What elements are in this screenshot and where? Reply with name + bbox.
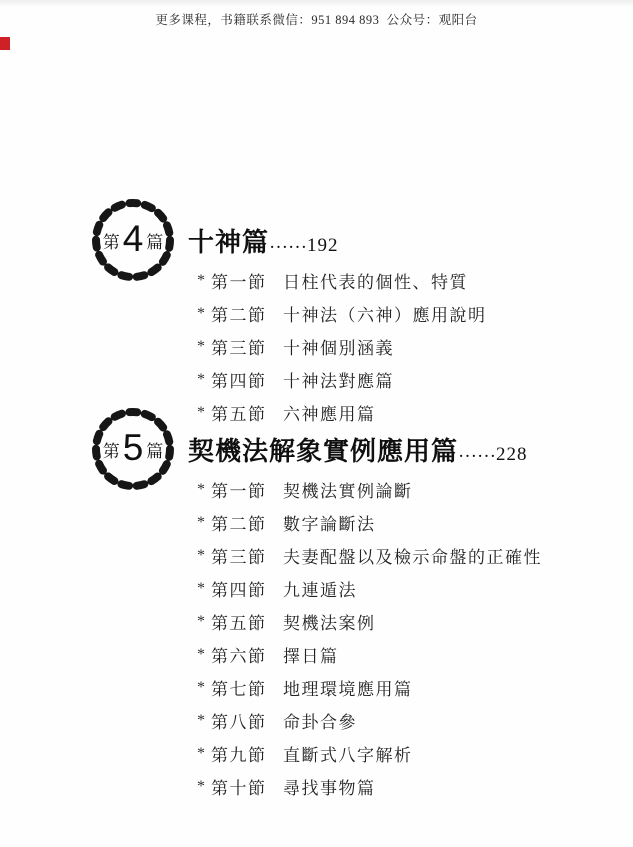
toc-row: * 第三節 夫妻配盤以及檢示命盤的正確性 xyxy=(197,539,542,572)
section-title: 十神法對應篇 xyxy=(283,367,394,392)
section-title: 契機法案例 xyxy=(283,609,376,634)
badge-number: 4 xyxy=(122,220,145,261)
toc-row: * 第九節 直斷式八字解析 xyxy=(197,737,542,770)
badge-number: 5 xyxy=(122,429,145,470)
asterisk-marker: * xyxy=(197,272,211,290)
section-title: 擇日篇 xyxy=(283,642,339,667)
part-4-title-text: 十神篇 xyxy=(188,228,269,257)
section-title: 數字論斷法 xyxy=(283,510,376,535)
section-number: 第六節 xyxy=(211,642,269,667)
section-number: 第十節 xyxy=(211,774,269,799)
toc-row: * 第四節 十神法對應篇 xyxy=(197,363,487,396)
toc-row: * 第四節 九連遁法 xyxy=(197,572,542,605)
part-5-section-list: * 第一節 契機法實例論斷 * 第二節 數字論斷法 * 第三節 夫妻配盤以及檢示… xyxy=(197,473,542,803)
leader-dots: …… xyxy=(269,232,307,253)
leader-dots: …… xyxy=(458,441,496,462)
section-number: 第二節 xyxy=(211,510,269,535)
badge-suffix: 篇 xyxy=(146,228,163,253)
section-number: 第一節 xyxy=(211,477,269,502)
asterisk-marker: * xyxy=(197,305,211,323)
section-number: 第七節 xyxy=(211,675,269,700)
asterisk-marker: * xyxy=(197,547,211,565)
section-number: 第四節 xyxy=(211,367,269,392)
badge-suffix: 篇 xyxy=(146,437,163,462)
section-title: 尋找事物篇 xyxy=(283,774,376,799)
section-title: 十神個別涵義 xyxy=(283,334,394,359)
section-number: 第四節 xyxy=(211,576,269,601)
section-number: 第二節 xyxy=(211,301,269,326)
part-4-title: 十神篇……192 xyxy=(188,222,339,259)
section-number: 第五節 xyxy=(211,609,269,634)
asterisk-marker: * xyxy=(197,745,211,763)
part-5-badge: 第 5 篇 xyxy=(90,406,176,492)
asterisk-marker: * xyxy=(197,371,211,389)
asterisk-marker: * xyxy=(197,778,211,796)
badge-prefix: 第 xyxy=(103,437,120,462)
part-4-section-list: * 第一節 日柱代表的個性、特質 * 第二節 十神法（六神）應用說明 * 第三節… xyxy=(197,264,487,429)
part-4-badge-label: 第 4 篇 xyxy=(90,197,176,283)
toc-row: * 第一節 日柱代表的個性、特質 xyxy=(197,264,487,297)
toc-row: * 第八節 命卦合參 xyxy=(197,704,542,737)
toc-row: * 第六節 擇日篇 xyxy=(197,638,542,671)
section-title: 命卦合參 xyxy=(283,708,357,733)
red-mark xyxy=(0,37,10,50)
part-4-badge: 第 4 篇 xyxy=(90,197,176,283)
section-title: 契機法實例論斷 xyxy=(283,477,413,502)
section-title: 夫妻配盤以及檢示命盤的正確性 xyxy=(283,543,542,568)
asterisk-marker: * xyxy=(197,613,211,631)
asterisk-marker: * xyxy=(197,679,211,697)
asterisk-marker: * xyxy=(197,338,211,356)
scan-edge-shadow xyxy=(0,0,633,7)
section-title: 直斷式八字解析 xyxy=(283,741,413,766)
page-header-text: 更多课程，书籍联系微信：951 894 893 公众号：观阳台 xyxy=(0,10,633,28)
part-5-badge-label: 第 5 篇 xyxy=(90,406,176,492)
section-number: 第三節 xyxy=(211,543,269,568)
toc-row: * 第十節 尋找事物篇 xyxy=(197,770,542,803)
badge-prefix: 第 xyxy=(103,228,120,253)
toc-row: * 第二節 十神法（六神）應用說明 xyxy=(197,297,487,330)
section-title: 日柱代表的個性、特質 xyxy=(283,268,468,293)
part-5-title: 契機法解象實例應用篇……228 xyxy=(188,431,528,468)
part-5-page-number: 228 xyxy=(496,444,528,465)
section-title: 地理環境應用篇 xyxy=(283,675,413,700)
asterisk-marker: * xyxy=(197,580,211,598)
section-number: 第一節 xyxy=(211,268,269,293)
toc-row: * 第一節 契機法實例論斷 xyxy=(197,473,542,506)
part-4-page-number: 192 xyxy=(307,235,339,256)
section-title: 十神法（六神）應用說明 xyxy=(283,301,487,326)
toc-row: * 第三節 十神個別涵義 xyxy=(197,330,487,363)
section-title: 九連遁法 xyxy=(283,576,357,601)
asterisk-marker: * xyxy=(197,514,211,532)
section-number: 第三節 xyxy=(211,334,269,359)
section-number: 第八節 xyxy=(211,708,269,733)
part-5-title-text: 契機法解象實例應用篇 xyxy=(188,437,458,466)
toc-row: * 第七節 地理環境應用篇 xyxy=(197,671,542,704)
asterisk-marker: * xyxy=(197,481,211,499)
asterisk-marker: * xyxy=(197,646,211,664)
section-number: 第九節 xyxy=(211,741,269,766)
toc-row: * 第二節 數字論斷法 xyxy=(197,506,542,539)
asterisk-marker: * xyxy=(197,712,211,730)
toc-row: * 第五節 契機法案例 xyxy=(197,605,542,638)
